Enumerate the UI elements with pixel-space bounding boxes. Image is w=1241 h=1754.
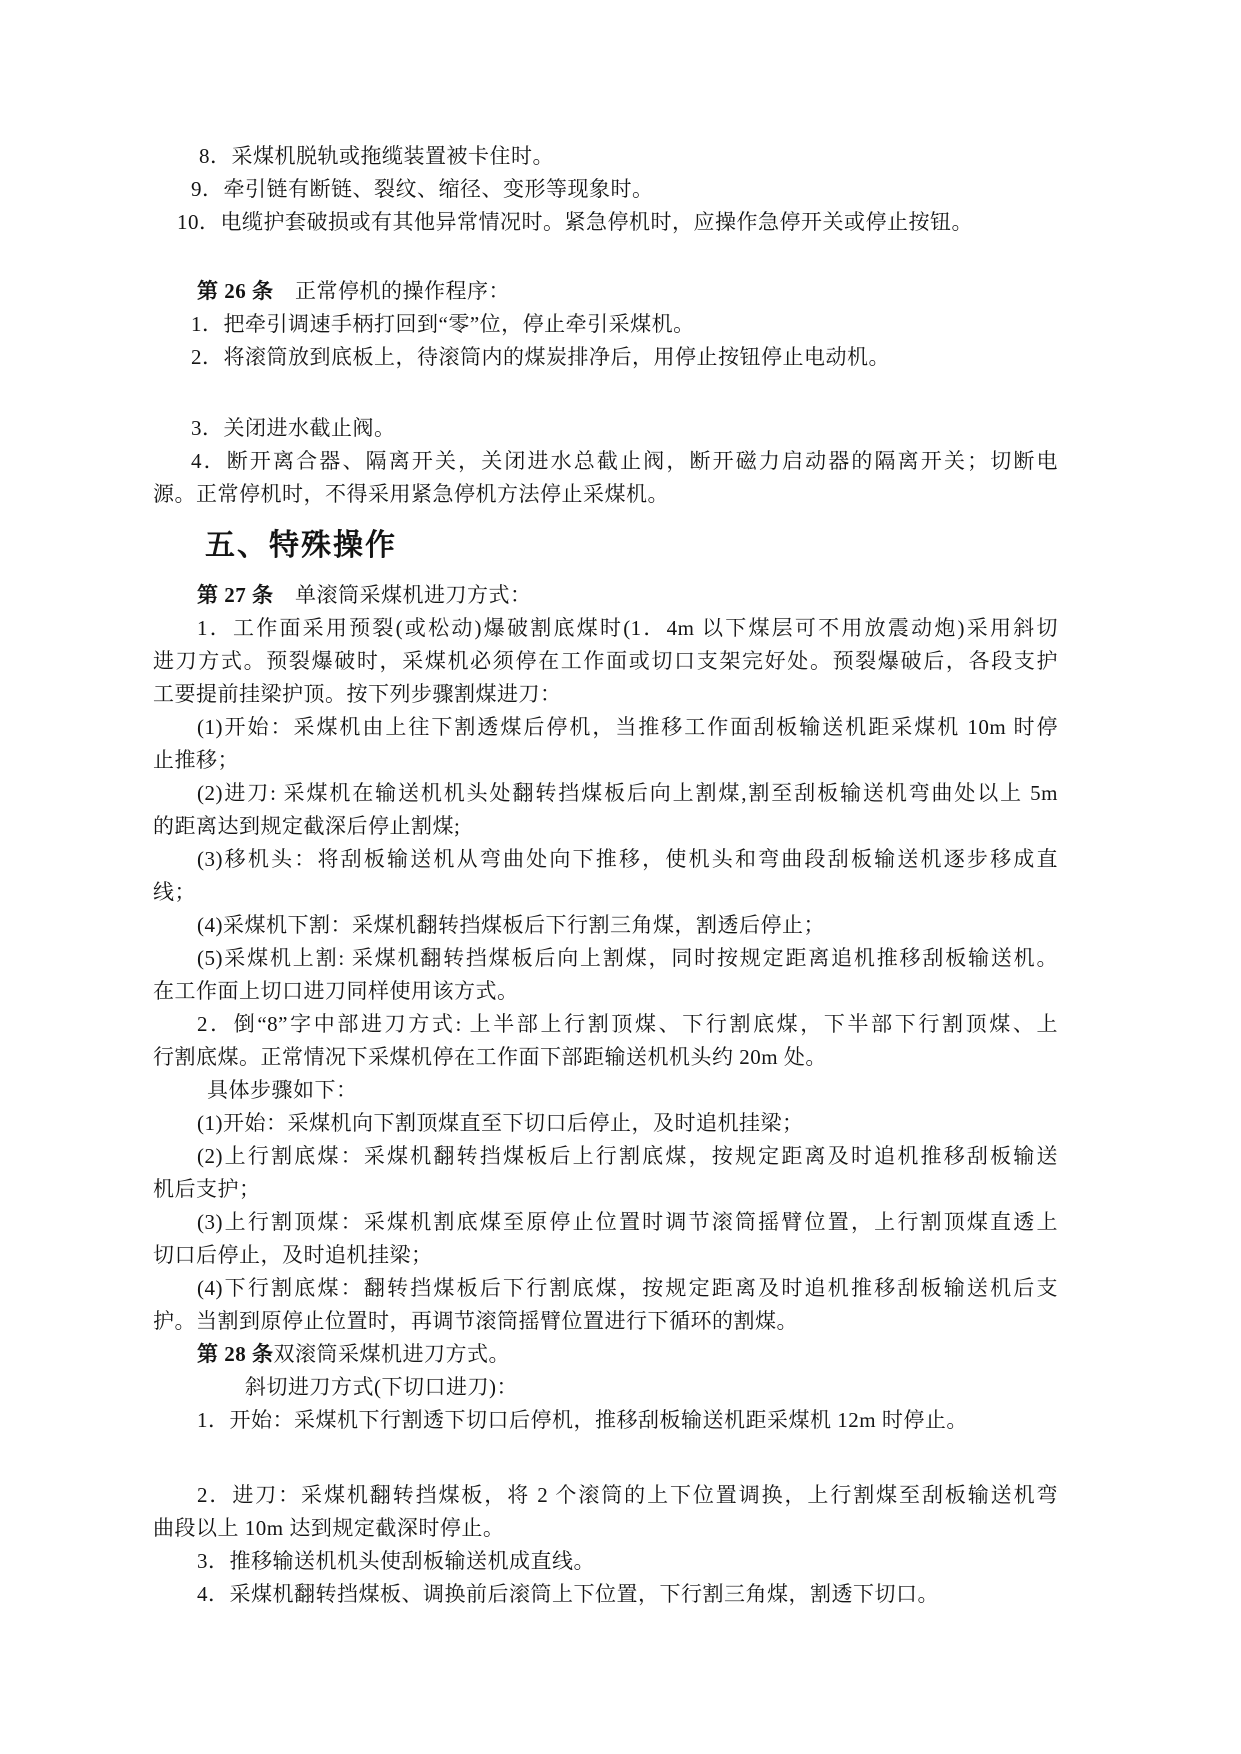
text-line: (2)进刀: 采煤机在输送机机头处翻转挡煤板后向上割煤,割至刮板输送机弯曲处以上… — [153, 777, 1058, 810]
text-run: 4．断开离合器、隔离开关，关闭进水总截止阀，断开磁力启动器的隔离开关；切断电 — [191, 449, 1058, 473]
text-line: 切口后停止，及时追机挂梁； — [153, 1239, 1058, 1272]
text-run: 3．关闭进水截止阀。 — [191, 416, 396, 440]
text-line: 具体步骤如下： — [153, 1074, 1058, 1107]
text-line: (5)采煤机上割: 采煤机翻转挡煤板后向上割煤，同时按规定距离追机推移刮板输送机… — [153, 942, 1058, 975]
bold-run: 第 26 条 — [197, 279, 274, 303]
text-line: 第 28 条双滚筒采煤机进刀方式。 — [153, 1338, 1058, 1371]
text-run: 行割底煤。正常情况下采煤机停在工作面下部距输送机机头约 20m 处。 — [153, 1045, 827, 1069]
text-line: 在工作面上切口进刀同样使用该方式。 — [153, 975, 1058, 1008]
text-run: 8．采煤机脱轨或拖缆装置被卡住时。 — [199, 144, 554, 168]
text-run: 曲段以上 10m 达到规定截深时停止。 — [153, 1516, 504, 1540]
text-run: 9．牵引链有断链、裂纹、缩径、变形等现象时。 — [191, 177, 654, 201]
text-run: 1．工作面采用预裂(或松动)爆破割底煤时(1．4m 以下煤层可不用放震动炮)采用… — [197, 616, 1058, 640]
text-run: 线； — [153, 880, 196, 904]
text-line: 机后支护； — [153, 1173, 1058, 1206]
text-line: 1．工作面采用预裂(或松动)爆破割底煤时(1．4m 以下煤层可不用放震动炮)采用… — [153, 612, 1058, 645]
text-run: (5)采煤机上割: 采煤机翻转挡煤板后向上割煤，同时按规定距离追机推移刮板输送机… — [197, 946, 1058, 970]
text-line: 2．进刀：采煤机翻转挡煤板，将 2 个滚筒的上下位置调换，上行割煤至刮板输送机弯 — [153, 1479, 1058, 1512]
text-line: 1．开始：采煤机下行割透下切口后停机，推移刮板输送机距采煤机 12m 时停止。 — [153, 1404, 1058, 1437]
text-run: 护。当割到原停止位置时，再调节滚筒摇臂位置进行下循环的割煤。 — [153, 1309, 798, 1333]
text-line: 进刀方式。预裂爆破时，采煤机必须停在工作面或切口支架完好处。预裂爆破后，各段支护 — [153, 645, 1058, 678]
text-run: (2)进刀: 采煤机在输送机机头处翻转挡煤板后向上割煤,割至刮板输送机弯曲处以上… — [197, 781, 1058, 805]
text-run: 具体步骤如下： — [207, 1078, 358, 1102]
text-run: 进刀方式。预裂爆破时，采煤机必须停在工作面或切口支架完好处。预裂爆破后，各段支护 — [153, 649, 1058, 673]
text-run: 正常停机的操作程序： — [274, 279, 511, 303]
bold-run: 第 28 条 — [197, 1342, 274, 1366]
text-line: 9．牵引链有断链、裂纹、缩径、变形等现象时。 — [153, 173, 1058, 206]
document-content: 8．采煤机脱轨或拖缆装置被卡住时。9．牵引链有断链、裂纹、缩径、变形等现象时。1… — [153, 140, 1058, 1611]
text-line: 1．把牵引调速手柄打回到“零”位，停止牵引采煤机。 — [153, 308, 1058, 341]
document-page: 8．采煤机脱轨或拖缆装置被卡住时。9．牵引链有断链、裂纹、缩径、变形等现象时。1… — [0, 0, 1241, 1754]
text-run: (4)下行割底煤：翻转挡煤板后下行割底煤，按规定距离及时追机推移刮板输送机后支 — [197, 1276, 1058, 1300]
text-run: 1．把牵引调速手柄打回到“零”位，停止牵引采煤机。 — [191, 312, 695, 336]
text-run: 斜切进刀方式(下切口进刀)： — [245, 1375, 518, 1399]
text-run: (3)上行割顶煤：采煤机割底煤至原停止位置时调节滚筒摇臂位置，上行割顶煤直透上 — [197, 1210, 1058, 1234]
text-run: (3)移机头：将刮板输送机从弯曲处向下推移，使机头和弯曲段刮板输送机逐步移成直 — [197, 847, 1058, 871]
text-line: 3．关闭进水截止阀。 — [153, 412, 1058, 445]
text-line: 10．电缆护套破损或有其他异常情况时。紧急停机时，应操作急停开关或停止按钮。 — [153, 206, 1058, 239]
bold-run: 第 27 条 — [197, 583, 274, 607]
text-run: 在工作面上切口进刀同样使用该方式。 — [153, 979, 519, 1003]
text-line: (1)开始：采煤机由上往下割透煤后停机，当推移工作面刮板输送机距采煤机 10m … — [153, 711, 1058, 744]
text-run: (2)上行割底煤：采煤机翻转挡煤板后上行割底煤，按规定距离及时追机推移刮板输送 — [197, 1144, 1058, 1168]
text-run: 源。正常停机时，不得采用紧急停机方法停止采煤机。 — [153, 482, 669, 506]
text-run: 单滚筒采煤机进刀方式： — [274, 583, 532, 607]
text-line: (3)上行割顶煤：采煤机割底煤至原停止位置时调节滚筒摇臂位置，上行割顶煤直透上 — [153, 1206, 1058, 1239]
text-run: 切口后停止，及时追机挂梁； — [153, 1243, 433, 1267]
text-line: 的距离达到规定截深后停止割煤; — [153, 810, 1058, 843]
text-line: 工要提前挂梁护顶。按下列步骤割煤进刀： — [153, 678, 1058, 711]
text-line: 第 27 条 单滚筒采煤机进刀方式： — [153, 579, 1058, 612]
text-run: (1)开始：采煤机由上往下割透煤后停机，当推移工作面刮板输送机距采煤机 10m … — [197, 715, 1058, 739]
bold-run: 五、特殊操作 — [205, 529, 397, 562]
text-run: 2．进刀：采煤机翻转挡煤板，将 2 个滚筒的上下位置调换，上行割煤至刮板输送机弯 — [197, 1483, 1058, 1507]
text-line: 3．推移输送机机头使刮板输送机成直线。 — [153, 1545, 1058, 1578]
text-run: 机后支护； — [153, 1177, 261, 1201]
text-run: 1．开始：采煤机下行割透下切口后停机，推移刮板输送机距采煤机 12m 时停止。 — [197, 1408, 968, 1432]
text-line: 斜切进刀方式(下切口进刀)： — [153, 1371, 1058, 1404]
text-run: 3．推移输送机机头使刮板输送机成直线。 — [197, 1549, 595, 1573]
text-line: 源。正常停机时，不得采用紧急停机方法停止采煤机。 — [153, 478, 1058, 511]
text-run: 止推移； — [153, 748, 239, 772]
text-run: (4)采煤机下割：采煤机翻转挡煤板后下行割三角煤，割透后停止； — [197, 913, 825, 937]
text-run: 的距离达到规定截深后停止割煤; — [153, 814, 460, 838]
text-line: 2．将滚筒放到底板上，待滚筒内的煤炭排净后，用停止按钮停止电动机。 — [153, 341, 1058, 374]
text-run: 2．将滚筒放到底板上，待滚筒内的煤炭排净后，用停止按钮停止电动机。 — [191, 345, 890, 369]
text-line: (4)下行割底煤：翻转挡煤板后下行割底煤，按规定距离及时追机推移刮板输送机后支 — [153, 1272, 1058, 1305]
text-line: 止推移； — [153, 744, 1058, 777]
text-line: (4)采煤机下割：采煤机翻转挡煤板后下行割三角煤，割透后停止； — [153, 909, 1058, 942]
text-run: 10．电缆护套破损或有其他异常情况时。紧急停机时，应操作急停开关或停止按钮。 — [177, 210, 973, 234]
text-line: 护。当割到原停止位置时，再调节滚筒摇臂位置进行下循环的割煤。 — [153, 1305, 1058, 1338]
text-line: (1)开始：采煤机向下割顶煤直至下切口后停止，及时追机挂梁； — [153, 1107, 1058, 1140]
text-line: (3)移机头：将刮板输送机从弯曲处向下推移，使机头和弯曲段刮板输送机逐步移成直 — [153, 843, 1058, 876]
text-line: 曲段以上 10m 达到规定截深时停止。 — [153, 1512, 1058, 1545]
text-run: 双滚筒采煤机进刀方式。 — [274, 1342, 511, 1366]
text-line: 8．采煤机脱轨或拖缆装置被卡住时。 — [153, 140, 1058, 173]
text-line: 2．倒“8”字中部进刀方式: 上半部上行割顶煤、下行割底煤，下半部下行割顶煤、上 — [153, 1008, 1058, 1041]
text-run: (1)开始：采煤机向下割顶煤直至下切口后停止，及时追机挂梁； — [197, 1111, 803, 1135]
section-heading: 五、特殊操作 — [153, 523, 1058, 569]
text-line: 行割底煤。正常情况下采煤机停在工作面下部距输送机机头约 20m 处。 — [153, 1041, 1058, 1074]
text-run: 2．倒“8”字中部进刀方式: 上半部上行割顶煤、下行割底煤，下半部下行割顶煤、上 — [197, 1012, 1058, 1036]
text-line: (2)上行割底煤：采煤机翻转挡煤板后上行割底煤，按规定距离及时追机推移刮板输送 — [153, 1140, 1058, 1173]
text-line: 4．断开离合器、隔离开关，关闭进水总截止阀，断开磁力启动器的隔离开关；切断电 — [153, 445, 1058, 478]
text-run: 4．采煤机翻转挡煤板、调换前后滚筒上下位置，下行割三角煤，割透下切口。 — [197, 1582, 939, 1606]
text-line: 4．采煤机翻转挡煤板、调换前后滚筒上下位置，下行割三角煤，割透下切口。 — [153, 1578, 1058, 1611]
text-run: 工要提前挂梁护顶。按下列步骤割煤进刀： — [153, 682, 562, 706]
text-line: 线； — [153, 876, 1058, 909]
text-line: 第 26 条 正常停机的操作程序： — [153, 275, 1058, 308]
